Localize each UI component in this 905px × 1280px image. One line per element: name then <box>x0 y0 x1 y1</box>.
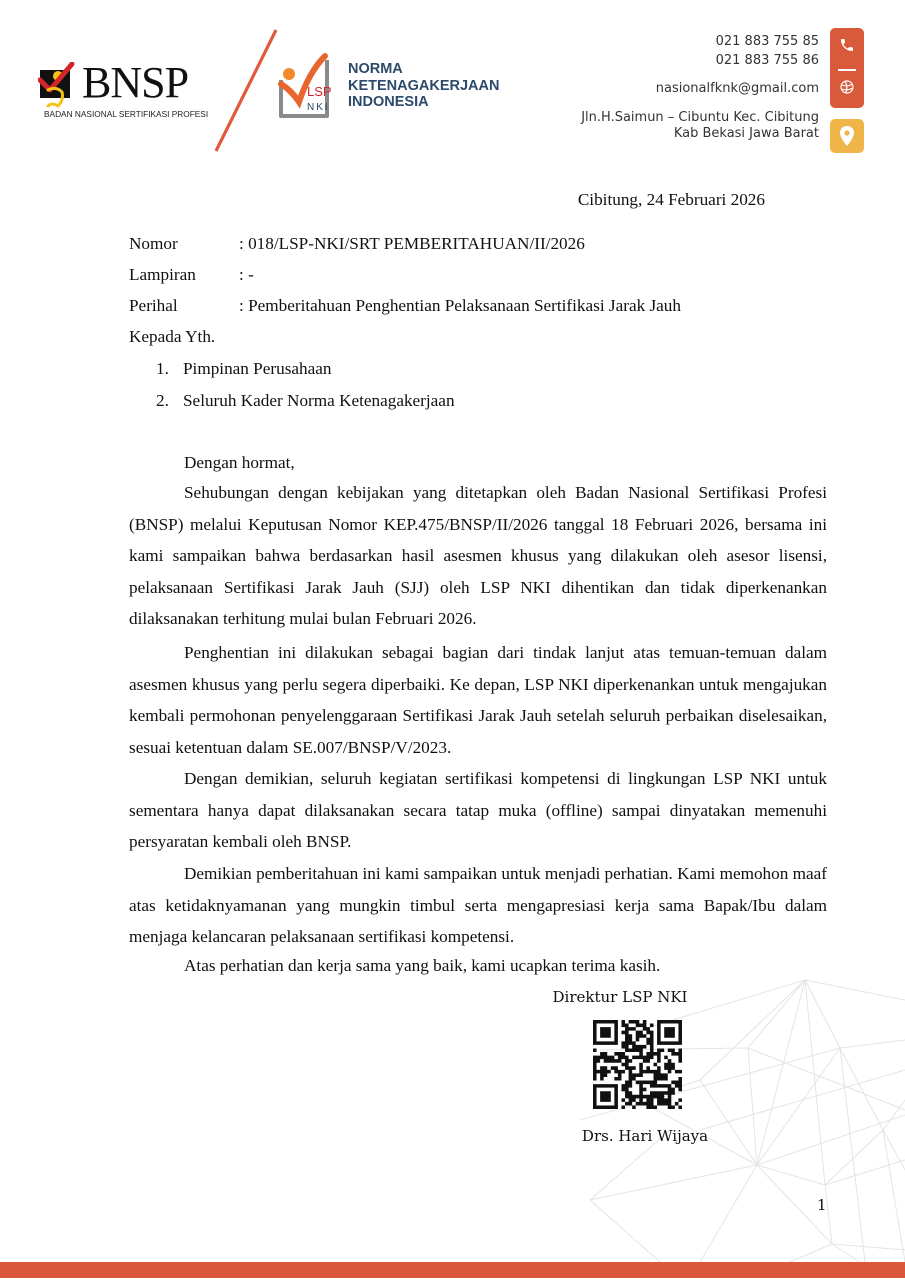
nki-name-line-3: INDONESIA <box>348 94 499 111</box>
bnsp-emblem-icon <box>38 62 80 108</box>
phone-icon <box>839 37 855 53</box>
location-icon-box <box>830 119 864 153</box>
meta-value: : - <box>239 265 254 284</box>
address-line-2: Kab Bekasi Jawa Barat <box>581 126 819 142</box>
bnsp-wordmark: BNSP <box>82 56 188 110</box>
meta-perihal: Perihal: Pemberitahuan Penghentian Pelak… <box>129 296 681 316</box>
meta-value: : 018/LSP-NKI/SRT PEMBERITAHUAN/II/2026 <box>239 234 585 253</box>
nki-name-line-2: KETENAGAKERJAAN <box>348 78 499 95</box>
lsp-nki-emblem-icon: LSP NKI <box>275 52 333 120</box>
signatory-name: Drs. Hari Wijaya <box>540 1127 750 1145</box>
nki-name-line-1: NORMA <box>348 61 499 78</box>
meta-lampiran: Lampiran: - <box>129 265 254 285</box>
meta-label: Perihal <box>129 296 239 316</box>
globe-icon <box>839 79 855 95</box>
qr-code-icon <box>591 1020 684 1109</box>
page-number: 1 <box>817 1196 827 1214</box>
svg-text:LSP: LSP <box>307 84 332 99</box>
contact-icon-panel <box>830 28 864 108</box>
place-date: Cibitung, 24 Februari 2026 <box>578 190 765 210</box>
paragraph-3: Dengan demikian, seluruh kegiatan sertif… <box>129 763 827 858</box>
location-pin-icon <box>840 126 854 146</box>
paragraph-1: Sehubungan dengan kebijakan yang ditetap… <box>129 477 827 635</box>
bnsp-logo: BNSP BADAN NASIONAL SERTIFIKASI PROFESI <box>38 56 213 126</box>
bnsp-subtitle: BADAN NASIONAL SERTIFIKASI PROFESI <box>44 109 208 119</box>
contact-info: 021 883 755 85 021 883 755 86 nasionalfk… <box>581 32 819 142</box>
signatory-title: Direktur LSP NKI <box>540 988 700 1006</box>
lsp-nki-logo: LSP NKI NORMA KETENAGAKERJAAN INDONESIA <box>275 52 515 120</box>
recipient-number: 2. <box>156 391 183 411</box>
paragraph-4: Demikian pemberitahuan ini kami sampaika… <box>129 858 827 953</box>
recipient-number: 1. <box>156 359 183 379</box>
recipient-name: Pimpinan Perusahaan <box>183 359 331 378</box>
paragraph-2: Penghentian ini dilakukan sebagai bagian… <box>129 637 827 763</box>
closing-line: Atas perhatian dan kerja sama yang baik,… <box>184 956 660 976</box>
svg-text:NKI: NKI <box>307 102 330 113</box>
footer-bar <box>0 1262 905 1278</box>
meta-value: : Pemberitahuan Penghentian Pelaksanaan … <box>239 296 681 315</box>
recipient-name: Seluruh Kader Norma Ketenagakerjaan <box>183 391 455 410</box>
address-line-1: Jln.H.Saimun – Cibuntu Kec. Cibitung <box>581 110 819 126</box>
meta-label: Lampiran <box>129 265 239 285</box>
lsp-nki-name: NORMA KETENAGAKERJAAN INDONESIA <box>348 61 499 111</box>
email-address: nasionalfknk@gmail.com <box>581 79 819 98</box>
meta-nomor: Nomor: 018/LSP-NKI/SRT PEMBERITAHUAN/II/… <box>129 234 585 254</box>
meta-label: Nomor <box>129 234 239 254</box>
phone-number-1: 021 883 755 85 <box>581 32 819 51</box>
salutation: Dengan hormat, <box>184 453 295 473</box>
recipient-item: 1.Pimpinan Perusahaan <box>156 359 331 379</box>
address: Jln.H.Saimun – Cibuntu Kec. Cibitung Kab… <box>581 110 819 142</box>
recipient-heading: Kepada Yth. <box>129 327 215 347</box>
phone-number-2: 021 883 755 86 <box>581 51 819 70</box>
recipient-item: 2.Seluruh Kader Norma Ketenagakerjaan <box>156 391 455 411</box>
contact-icon-separator <box>838 69 856 71</box>
